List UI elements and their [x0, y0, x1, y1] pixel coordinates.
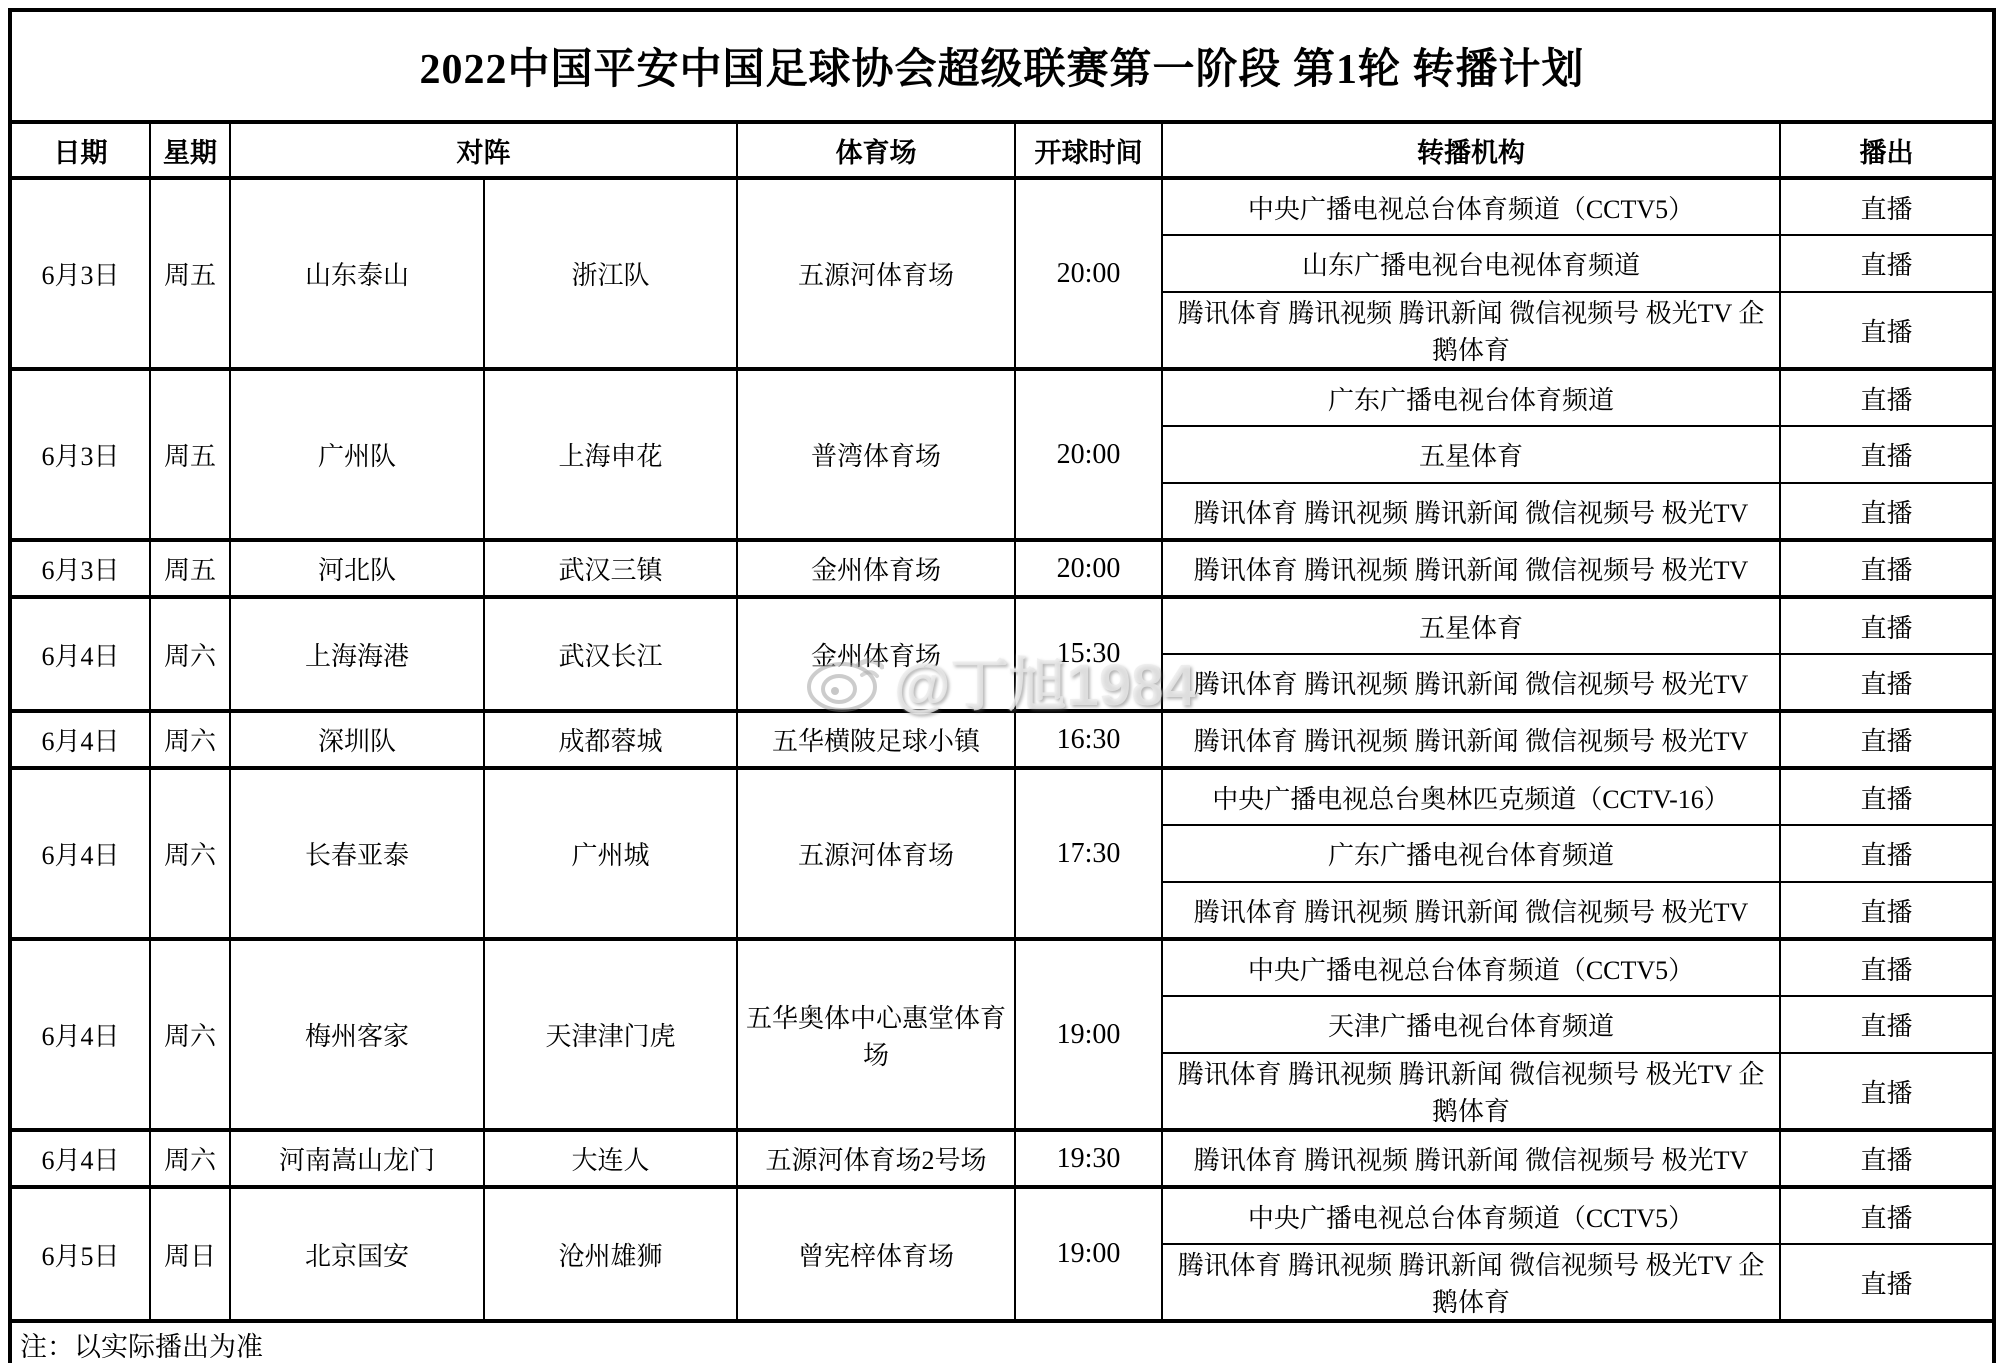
- broadcaster-list: 腾讯体育 腾讯视频 腾讯新闻 微信视频号 极光TV: [1162, 1130, 1780, 1187]
- broadcast-schedule-table: 2022中国平安中国足球协会超级联赛第一阶段 第1轮 转播计划 日期 星期 对阵…: [8, 8, 1996, 1363]
- footnote-row: 注：以实际播出为准: [10, 1321, 1994, 1363]
- away-team: 沧州雄狮: [484, 1187, 737, 1321]
- home-team: 河北队: [230, 540, 484, 597]
- broadcaster-list: 腾讯体育 腾讯视频 腾讯新闻 微信视频号 极光TV: [1162, 882, 1780, 939]
- page-title: 2022中国平安中国足球协会超级联赛第一阶段 第1轮 转播计划: [10, 10, 1994, 122]
- home-team: 长春亚泰: [230, 768, 484, 939]
- match-date: 6月4日: [10, 597, 150, 711]
- broadcast-type: 直播: [1780, 235, 1994, 292]
- broadcaster-list: 中央广播电视总台体育频道（CCTV5）: [1162, 1187, 1780, 1244]
- kickoff-time: 20:00: [1015, 369, 1162, 540]
- column-header-matchup: 对阵: [230, 122, 737, 178]
- stadium-name: 五华奥体中心惠堂体育场: [737, 939, 1015, 1130]
- broadcast-type: 直播: [1780, 597, 1994, 654]
- match-weekday: 周日: [150, 1187, 230, 1321]
- broadcast-type: 直播: [1780, 1187, 1994, 1244]
- stadium-name: 五源河体育场: [737, 768, 1015, 939]
- broadcaster-list: 腾讯体育 腾讯视频 腾讯新闻 微信视频号 极光TV 企鹅体育: [1162, 1244, 1780, 1321]
- broadcast-row: 6月3日周五广州队上海申花普湾体育场20:00广东广播电视台体育频道直播: [10, 369, 1994, 426]
- match-group: 6月4日周六上海海港武汉长江金州体育场15:30五星体育直播腾讯体育 腾讯视频 …: [10, 597, 1994, 711]
- match-date: 6月4日: [10, 1130, 150, 1187]
- broadcaster-list: 五星体育: [1162, 426, 1780, 483]
- broadcast-type: 直播: [1780, 996, 1994, 1053]
- kickoff-time: 20:00: [1015, 540, 1162, 597]
- column-header-weekday: 星期: [150, 122, 230, 178]
- match-weekday: 周六: [150, 597, 230, 711]
- match-weekday: 周五: [150, 369, 230, 540]
- kickoff-time: 17:30: [1015, 768, 1162, 939]
- stadium-name: 曾宪梓体育场: [737, 1187, 1015, 1321]
- away-team: 大连人: [484, 1130, 737, 1187]
- broadcast-row: 6月3日周五河北队武汉三镇金州体育场20:00腾讯体育 腾讯视频 腾讯新闻 微信…: [10, 540, 1994, 597]
- broadcast-type: 直播: [1780, 711, 1994, 768]
- home-team: 河南嵩山龙门: [230, 1130, 484, 1187]
- broadcast-type: 直播: [1780, 483, 1994, 540]
- broadcast-row: 6月4日周六深圳队成都蓉城五华横陂足球小镇16:30腾讯体育 腾讯视频 腾讯新闻…: [10, 711, 1994, 768]
- away-team: 武汉长江: [484, 597, 737, 711]
- broadcast-row: 6月4日周六上海海港武汉长江金州体育场15:30五星体育直播: [10, 597, 1994, 654]
- match-date: 6月4日: [10, 768, 150, 939]
- match-group: 6月3日周五山东泰山浙江队五源河体育场20:00中央广播电视总台体育频道（CCT…: [10, 178, 1994, 369]
- broadcast-type: 直播: [1780, 426, 1994, 483]
- stadium-name: 金州体育场: [737, 597, 1015, 711]
- broadcast-row: 6月5日周日北京国安沧州雄狮曾宪梓体育场19:00中央广播电视总台体育频道（CC…: [10, 1187, 1994, 1244]
- broadcast-type: 直播: [1780, 369, 1994, 426]
- broadcast-type: 直播: [1780, 825, 1994, 882]
- broadcaster-list: 腾讯体育 腾讯视频 腾讯新闻 微信视频号 极光TV 企鹅体育: [1162, 1053, 1780, 1130]
- broadcaster-list: 中央广播电视总台奥林匹克频道（CCTV-16）: [1162, 768, 1780, 825]
- away-team: 武汉三镇: [484, 540, 737, 597]
- broadcaster-list: 腾讯体育 腾讯视频 腾讯新闻 微信视频号 极光TV: [1162, 654, 1780, 711]
- broadcast-type: 直播: [1780, 1053, 1994, 1130]
- away-team: 天津津门虎: [484, 939, 737, 1130]
- kickoff-time: 20:00: [1015, 178, 1162, 369]
- match-date: 6月3日: [10, 369, 150, 540]
- column-header-broadcaster: 转播机构: [1162, 122, 1780, 178]
- home-team: 北京国安: [230, 1187, 484, 1321]
- broadcaster-list: 腾讯体育 腾讯视频 腾讯新闻 微信视频号 极光TV: [1162, 540, 1780, 597]
- column-header-type: 播出: [1780, 122, 1994, 178]
- away-team: 成都蓉城: [484, 711, 737, 768]
- broadcaster-list: 腾讯体育 腾讯视频 腾讯新闻 微信视频号 极光TV: [1162, 711, 1780, 768]
- match-group: 6月4日周六梅州客家天津津门虎五华奥体中心惠堂体育场19:00中央广播电视总台体…: [10, 939, 1994, 1130]
- match-weekday: 周六: [150, 711, 230, 768]
- broadcaster-list: 天津广播电视台体育频道: [1162, 996, 1780, 1053]
- column-header-kickoff: 开球时间: [1015, 122, 1162, 178]
- match-weekday: 周六: [150, 768, 230, 939]
- broadcaster-list: 中央广播电视总台体育频道（CCTV5）: [1162, 178, 1780, 235]
- stadium-name: 五华横陂足球小镇: [737, 711, 1015, 768]
- match-group: 6月3日周五广州队上海申花普湾体育场20:00广东广播电视台体育频道直播五星体育…: [10, 369, 1994, 540]
- broadcast-type: 直播: [1780, 882, 1994, 939]
- match-group: 6月4日周六河南嵩山龙门大连人五源河体育场2号场19:30腾讯体育 腾讯视频 腾…: [10, 1130, 1994, 1187]
- away-team: 广州城: [484, 768, 737, 939]
- title-row: 2022中国平安中国足球协会超级联赛第一阶段 第1轮 转播计划: [10, 10, 1994, 122]
- broadcaster-list: 广东广播电视台体育频道: [1162, 369, 1780, 426]
- match-weekday: 周六: [150, 939, 230, 1130]
- away-team: 浙江队: [484, 178, 737, 369]
- kickoff-time: 16:30: [1015, 711, 1162, 768]
- broadcaster-list: 腾讯体育 腾讯视频 腾讯新闻 微信视频号 极光TV: [1162, 483, 1780, 540]
- stadium-name: 五源河体育场: [737, 178, 1015, 369]
- stadium-name: 金州体育场: [737, 540, 1015, 597]
- home-team: 深圳队: [230, 711, 484, 768]
- broadcast-type: 直播: [1780, 292, 1994, 369]
- home-team: 上海海港: [230, 597, 484, 711]
- broadcaster-list: 中央广播电视总台体育频道（CCTV5）: [1162, 939, 1780, 996]
- broadcaster-list: 腾讯体育 腾讯视频 腾讯新闻 微信视频号 极光TV 企鹅体育: [1162, 292, 1780, 369]
- broadcaster-list: 山东广播电视台电视体育频道: [1162, 235, 1780, 292]
- broadcaster-list: 广东广播电视台体育频道: [1162, 825, 1780, 882]
- broadcast-type: 直播: [1780, 768, 1994, 825]
- broadcast-row: 6月4日周六河南嵩山龙门大连人五源河体育场2号场19:30腾讯体育 腾讯视频 腾…: [10, 1130, 1994, 1187]
- broadcast-type: 直播: [1780, 1130, 1994, 1187]
- match-group: 6月5日周日北京国安沧州雄狮曾宪梓体育场19:00中央广播电视总台体育频道（CC…: [10, 1187, 1994, 1321]
- kickoff-time: 19:30: [1015, 1130, 1162, 1187]
- broadcast-type: 直播: [1780, 654, 1994, 711]
- match-weekday: 周六: [150, 1130, 230, 1187]
- match-weekday: 周五: [150, 178, 230, 369]
- match-date: 6月4日: [10, 939, 150, 1130]
- footnote: 注：以实际播出为准: [10, 1321, 1994, 1363]
- stadium-name: 五源河体育场2号场: [737, 1130, 1015, 1187]
- match-group: 6月4日周六深圳队成都蓉城五华横陂足球小镇16:30腾讯体育 腾讯视频 腾讯新闻…: [10, 711, 1994, 768]
- match-group: 6月3日周五河北队武汉三镇金州体育场20:00腾讯体育 腾讯视频 腾讯新闻 微信…: [10, 540, 1994, 597]
- broadcast-type: 直播: [1780, 540, 1994, 597]
- away-team: 上海申花: [484, 369, 737, 540]
- column-header-date: 日期: [10, 122, 150, 178]
- kickoff-time: 19:00: [1015, 1187, 1162, 1321]
- home-team: 山东泰山: [230, 178, 484, 369]
- match-date: 6月3日: [10, 178, 150, 369]
- kickoff-time: 19:00: [1015, 939, 1162, 1130]
- home-team: 梅州客家: [230, 939, 484, 1130]
- match-date: 6月5日: [10, 1187, 150, 1321]
- match-date: 6月4日: [10, 711, 150, 768]
- home-team: 广州队: [230, 369, 484, 540]
- broadcast-type: 直播: [1780, 178, 1994, 235]
- column-header-stadium: 体育场: [737, 122, 1015, 178]
- broadcast-row: 6月3日周五山东泰山浙江队五源河体育场20:00中央广播电视总台体育频道（CCT…: [10, 178, 1994, 235]
- broadcast-row: 6月4日周六梅州客家天津津门虎五华奥体中心惠堂体育场19:00中央广播电视总台体…: [10, 939, 1994, 996]
- match-group: 6月4日周六长春亚泰广州城五源河体育场17:30中央广播电视总台奥林匹克频道（C…: [10, 768, 1994, 939]
- broadcast-type: 直播: [1780, 1244, 1994, 1321]
- kickoff-time: 15:30: [1015, 597, 1162, 711]
- broadcaster-list: 五星体育: [1162, 597, 1780, 654]
- column-header-row: 日期 星期 对阵 体育场 开球时间 转播机构 播出: [10, 122, 1994, 178]
- broadcast-row: 6月4日周六长春亚泰广州城五源河体育场17:30中央广播电视总台奥林匹克频道（C…: [10, 768, 1994, 825]
- broadcast-type: 直播: [1780, 939, 1994, 996]
- match-weekday: 周五: [150, 540, 230, 597]
- stadium-name: 普湾体育场: [737, 369, 1015, 540]
- match-date: 6月3日: [10, 540, 150, 597]
